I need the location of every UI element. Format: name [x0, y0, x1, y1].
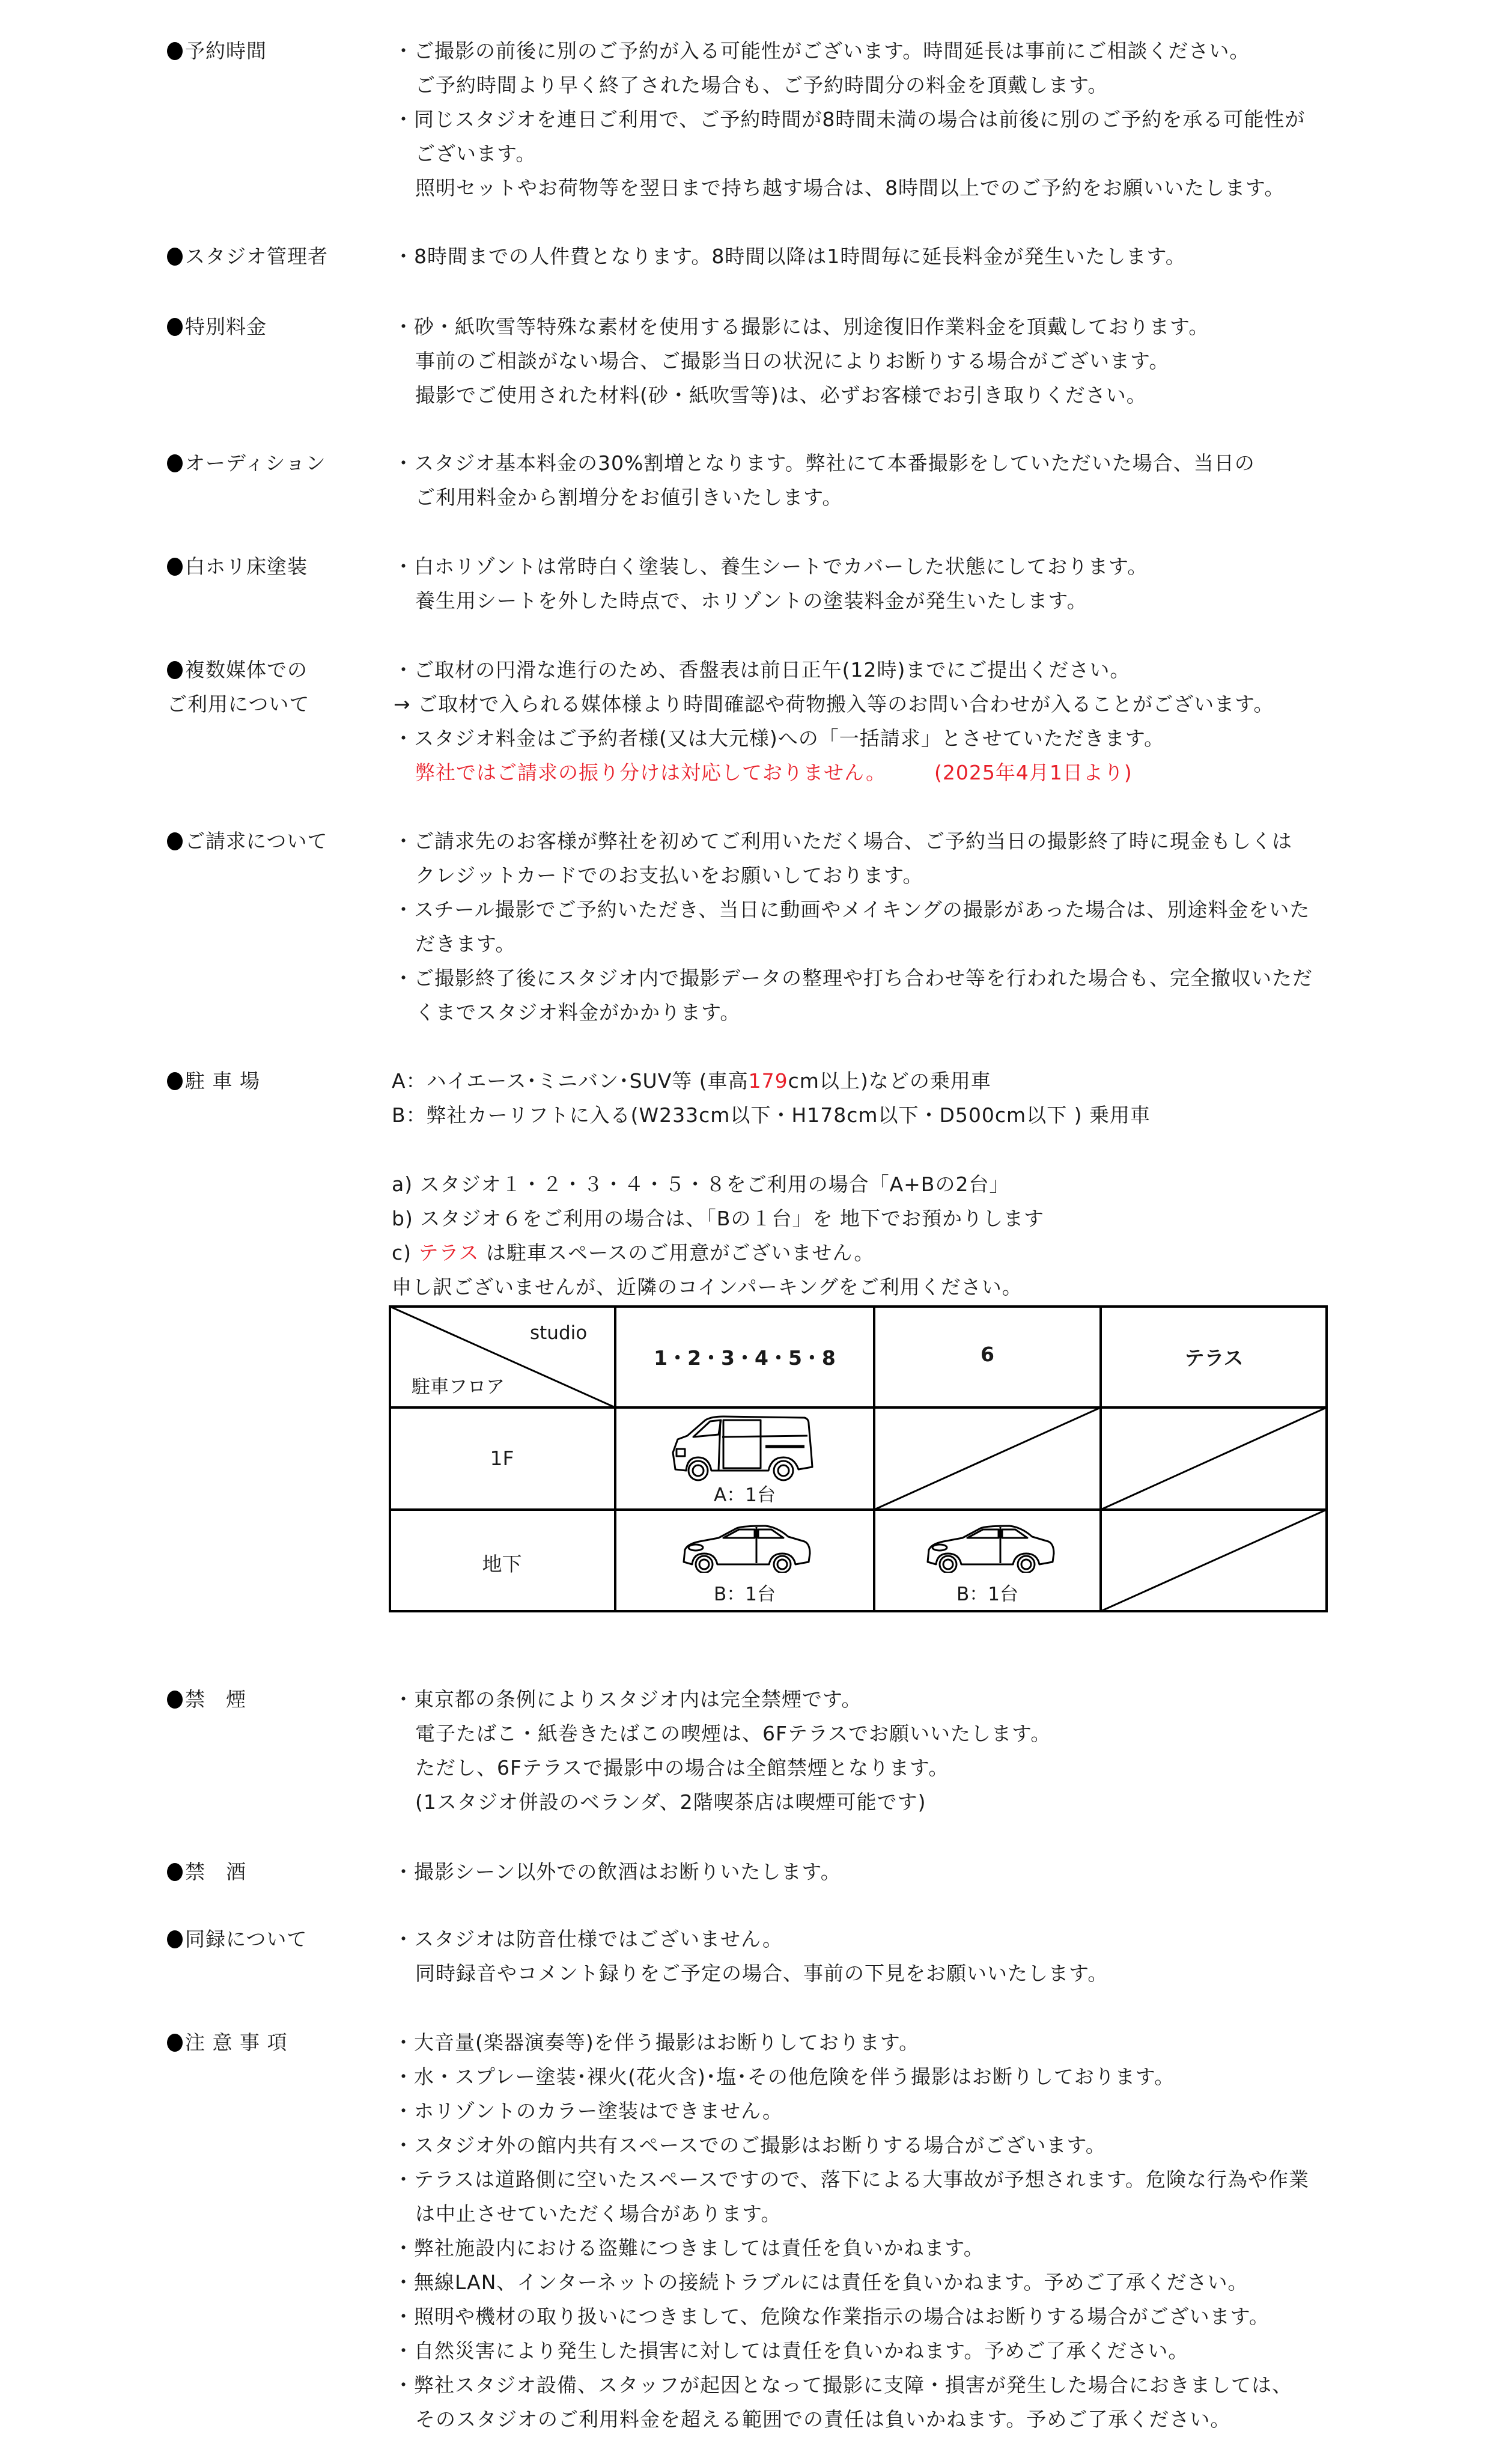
text: A：ハイエース･ミニバン･SUV等 (車高	[392, 1069, 749, 1093]
parking-rule-b: b) スタジオ６をご利用の場合は、「Bの１台」を 地下でお預かりします	[392, 1201, 1329, 1236]
capacity-caption: B：1台	[874, 1579, 1101, 1606]
label-text: 特別料金	[185, 315, 267, 338]
parking-rule-a: a) スタジオ１・２・３・４・５・８をご利用の場合「A+Bの2台」	[392, 1167, 1329, 1201]
sedan-icon	[925, 1525, 1057, 1573]
text-line: くまでスタジオ料金がかかります。	[394, 995, 1331, 1029]
section-label: 同録について	[167, 1922, 307, 1956]
bullet-dot-icon	[167, 318, 183, 336]
text-line: ・スタジオ料金はご予約者様(又は大元様)への「一括請求」とさせていただきます。	[394, 721, 1331, 755]
bullet-dot-icon	[167, 1863, 183, 1881]
text-line: 養生用シートを外した時点で、ホリゾントの塗装料金が発生いたします。	[394, 584, 1331, 618]
text-line: ・弊社施設内における盗難につきましては責任を負いかねます。	[394, 2231, 1331, 2265]
text-line: ・撮影シーン以外での飲酒はお断りいたします。	[394, 1855, 1331, 1889]
label-text: 注 意 事 項	[185, 2031, 287, 2054]
column-header-studio-6: 6	[874, 1343, 1101, 1366]
text: は駐車スペースのご用意がございません。	[479, 1241, 875, 1264]
text-line: → ご取材で入られる媒体様より時間確認や荷物搬入等のお問い合わせが入ることがござ…	[394, 687, 1331, 721]
corner-studio-label: studio	[530, 1322, 587, 1344]
text-line: ・無線LAN、インターネットの接続トラブルには責任を負いかねます。予めご了承くだ…	[394, 2265, 1331, 2299]
bullet-dot-icon	[167, 454, 183, 472]
section-label: ご請求について	[167, 824, 327, 858]
bullet-dot-icon	[167, 558, 183, 576]
text-line: ・自然災害により発生した損害に対しては責任を負いかねます。予めご了承ください。	[394, 2334, 1331, 2368]
text-line: だきます。	[394, 927, 1331, 961]
section-label: スタジオ管理者	[167, 239, 328, 273]
effective-date-note: (2025年4月1日より)	[934, 761, 1133, 784]
van-icon	[669, 1415, 819, 1481]
text-line: ・白ホリゾントは常時白く塗装し、養生シートでカバーした状態にしております。	[394, 549, 1331, 584]
text-line: ・大音量(楽器演奏等)を伴う撮影はお断りしております。	[394, 2025, 1331, 2060]
text-line: ・同じスタジオを連日ご利用で、ご予約時間が8時間未満の場合は前後に別のご予約を承…	[394, 102, 1331, 136]
text-line: ・8時間までの人件費となります。8時間以降は1時間毎に延長料金が発生いたします。	[394, 239, 1331, 273]
label-text: 駐 車 場	[185, 1069, 260, 1093]
text-line: ・テラスは道路側に空いたスペースですので、落下による大事故が予想されます。危険な…	[394, 2162, 1331, 2197]
bullet-dot-icon	[167, 1691, 183, 1709]
billing-split-notice: 弊社ではご請求の振り分けは対応しておりません。	[415, 761, 886, 784]
label-text: 禁 酒	[185, 1860, 246, 1883]
section-label-line2: ご利用について	[167, 687, 309, 721]
bullet-dot-icon	[167, 832, 183, 850]
text: c)	[392, 1241, 419, 1264]
label-text: 白ホリ床塗装	[185, 555, 308, 578]
label-text: 同録について	[185, 1927, 307, 1951]
text-line: ・スタジオ基本料金の30%割増となります。弊社にて本番撮影をしていただいた場合、…	[394, 446, 1331, 480]
text-line: は中止させていただく場合があります。	[394, 2197, 1331, 2231]
text-line: 照明セットやお荷物等を翌日まで持ち越す場合は、8時間以上でのご予約をお願いいたし…	[394, 171, 1331, 205]
text-line: 事前のご相談がない場合、ご撮影当日の状況によりお断りする場合がございます。	[394, 344, 1331, 378]
section-label: 禁 酒	[167, 1855, 246, 1889]
text-line: ・スタジオ外の館内共有スペースでのご撮影はお断りする場合がございます。	[394, 2128, 1331, 2162]
column-header-terrace: テラス	[1101, 1343, 1327, 1371]
label-text: 禁 煙	[185, 1688, 246, 1711]
bullet-dot-icon	[167, 2034, 183, 2052]
label-text: スタジオ管理者	[185, 245, 328, 268]
text-line: ・ホリゾントのカラー塗装はできません。	[394, 2094, 1331, 2128]
text-line: クレジットカードでのお支払いをお願いしております。	[394, 858, 1331, 892]
terrace-highlight: テラス	[419, 1241, 479, 1264]
capacity-caption: A：1台	[615, 1480, 874, 1507]
text-line: ・ご請求先のお客様が弊社を初めてご利用いただく場合、ご予約当日の撮影終了時に現金…	[394, 824, 1331, 858]
text-line: ・ご撮影の前後に別のご予約が入る可能性がございます。時間延長は事前にご相談くださ…	[394, 34, 1331, 68]
text-line: ・ご撮影終了後にスタジオ内で撮影データの整理や打ち合わせ等を行われた場合も、完全…	[394, 961, 1331, 995]
sedan-icon	[681, 1525, 813, 1573]
corner-floor-label: 駐車フロア	[412, 1371, 505, 1398]
text-line: ・弊社スタジオ設備、スタッフが起因となって撮影に支障・損害が発生した場合におきま…	[394, 2368, 1331, 2402]
section-label: オーディション	[167, 446, 326, 480]
capacity-caption: B：1台	[615, 1579, 874, 1606]
parking-table: studio 駐車フロア 1・2・3・4・5・8 6 テラス 1F 地下 A：1…	[389, 1305, 1328, 1612]
column-header-studios-123458: 1・2・3・4・5・8	[615, 1343, 874, 1371]
section-label: 駐 車 場	[167, 1064, 260, 1098]
section-label: 特別料金	[167, 310, 267, 344]
text-line: 同時録音やコメント録りをご予定の場合、事前の下見をお願いいたします。	[394, 1956, 1331, 1990]
text-line: ただし、6Fテラスで撮影中の場合は全館禁煙となります。	[394, 1751, 1331, 1785]
text-line: そのスタジオのご利用料金を超える範囲での責任は負いかねます。予めご了承ください。	[394, 2402, 1331, 2436]
bullet-dot-icon	[167, 42, 183, 60]
text-line: ご利用料金から割増分をお値引きいたします。	[394, 480, 1331, 514]
bullet-dot-icon	[167, 1930, 183, 1948]
label-text: 複数媒体での	[185, 658, 308, 682]
section-label: 予約時間	[167, 34, 267, 68]
label-text: オーディション	[185, 451, 326, 475]
blank-line	[392, 1132, 1329, 1167]
bullet-dot-icon	[167, 661, 183, 679]
text-line: ・スタジオは防音仕様ではございません。	[394, 1922, 1331, 1956]
bullet-dot-icon	[167, 248, 183, 266]
section-label: 注 意 事 項	[167, 2025, 287, 2060]
text-line: ご予約時間より早く終了された場合も、ご予約時間分の料金を頂戴します。	[394, 68, 1331, 102]
text-line: ・スチール撮影でご予約いただき、当日に動画やメイキングの撮影があった場合は、別途…	[394, 892, 1331, 927]
label-text: 予約時間	[185, 39, 267, 63]
text-line: ・砂・紙吹雪等特殊な素材を使用する撮影には、別途復旧作業料金を頂戴しております。	[394, 310, 1331, 344]
section-label: 複数媒体での	[167, 653, 308, 687]
text: cm以上)などの乗用車	[788, 1069, 991, 1093]
row-label-basement: 地下	[389, 1549, 615, 1577]
text-line: 撮影でご使用された材料(砂・紙吹雪等)は、必ずお客様でお引き取りください。	[394, 378, 1331, 412]
text-line: ・東京都の条例によりスタジオ内は完全禁煙です。	[394, 1682, 1331, 1716]
row-label-1f: 1F	[389, 1447, 615, 1470]
text-line: ・照明や機材の取り扱いにつきまして、危険な作業指示の場合はお断りする場合がござい…	[394, 2299, 1331, 2334]
section-label: 白ホリ床塗装	[167, 549, 308, 584]
parking-type-a: A：ハイエース･ミニバン･SUV等 (車高179cm以上)などの乗用車	[392, 1064, 1329, 1098]
label-text: ご請求について	[185, 829, 327, 853]
parking-type-b: B：弊社カーリフトに入る(W233cm以下・H178cm以下・D500cm以下 …	[392, 1098, 1329, 1132]
parking-apology: 申し訳ございませんが、近隣のコインパーキングをご利用ください。	[392, 1270, 1329, 1304]
red-notice-line: 弊社ではご請求の振り分けは対応しておりません。(2025年4月1日より)	[394, 755, 1331, 790]
height-limit-value: 179	[749, 1069, 788, 1093]
parking-rule-c: c) テラス は駐車スペースのご用意がございません。	[392, 1236, 1329, 1270]
bullet-dot-icon	[167, 1072, 183, 1090]
text-line: (1スタジオ併設のベランダ、2階喫茶店は喫煙可能です)	[394, 1785, 1331, 1819]
text-line: ございます。	[394, 136, 1331, 171]
text-line: ・水・スプレー塗装･裸火(花火含)･塩･その他危険を伴う撮影はお断りしております…	[394, 2060, 1331, 2094]
section-label: 禁 煙	[167, 1682, 246, 1716]
text-line: 電子たばこ・紙巻きたばこの喫煙は、6Fテラスでお願いいたします。	[394, 1716, 1331, 1751]
text-line: ・ご取材の円滑な進行のため、香盤表は前日正午(12時)までにご提出ください。	[394, 653, 1331, 687]
